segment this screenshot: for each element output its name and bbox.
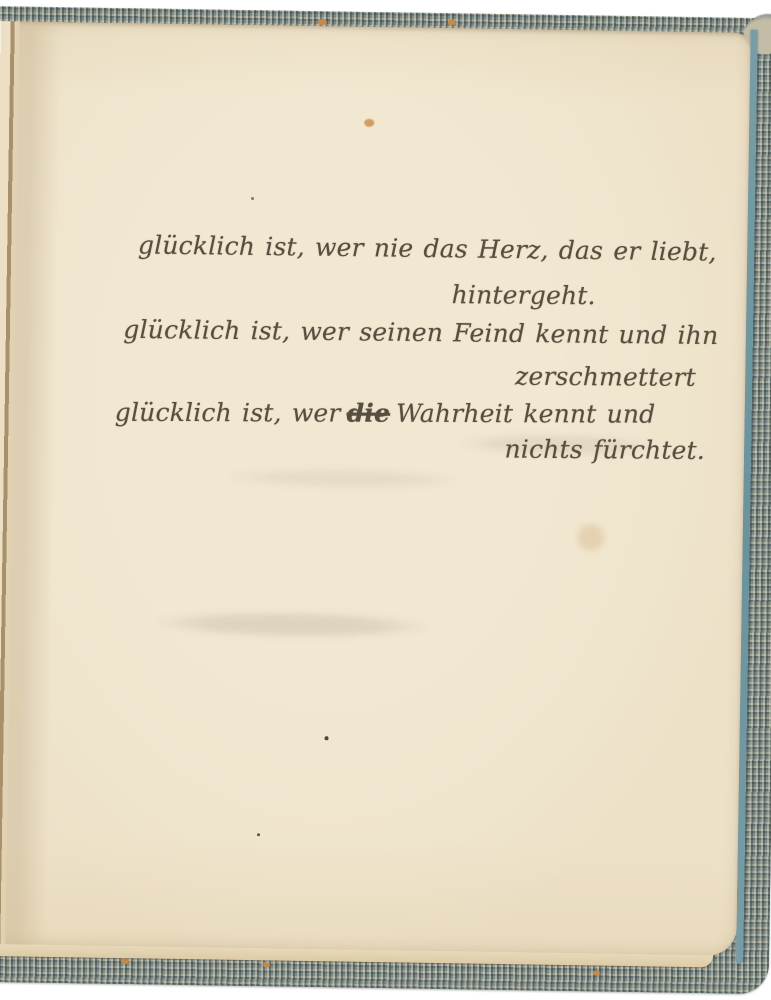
cloth-speck — [263, 962, 270, 967]
show-through-smudge — [461, 432, 651, 457]
notebook-cover-cloth — [0, 6, 771, 994]
show-through-smudge — [156, 610, 426, 640]
cloth-speck — [448, 19, 456, 25]
photo-of-notebook: glücklich ist, wer nie das Herz, das er … — [0, 0, 771, 1000]
gutter-and-page-edges — [0, 21, 62, 945]
cloth-speck — [593, 970, 600, 975]
ink-dot — [257, 833, 260, 836]
ink-dot — [251, 197, 254, 200]
show-through-smudge — [228, 467, 458, 491]
cloth-speck — [121, 958, 129, 964]
ink-dot — [325, 736, 329, 740]
foxing-spot — [364, 119, 374, 127]
notebook-page — [0, 21, 751, 956]
foxing-stain — [573, 522, 607, 553]
cloth-speck — [318, 19, 327, 25]
